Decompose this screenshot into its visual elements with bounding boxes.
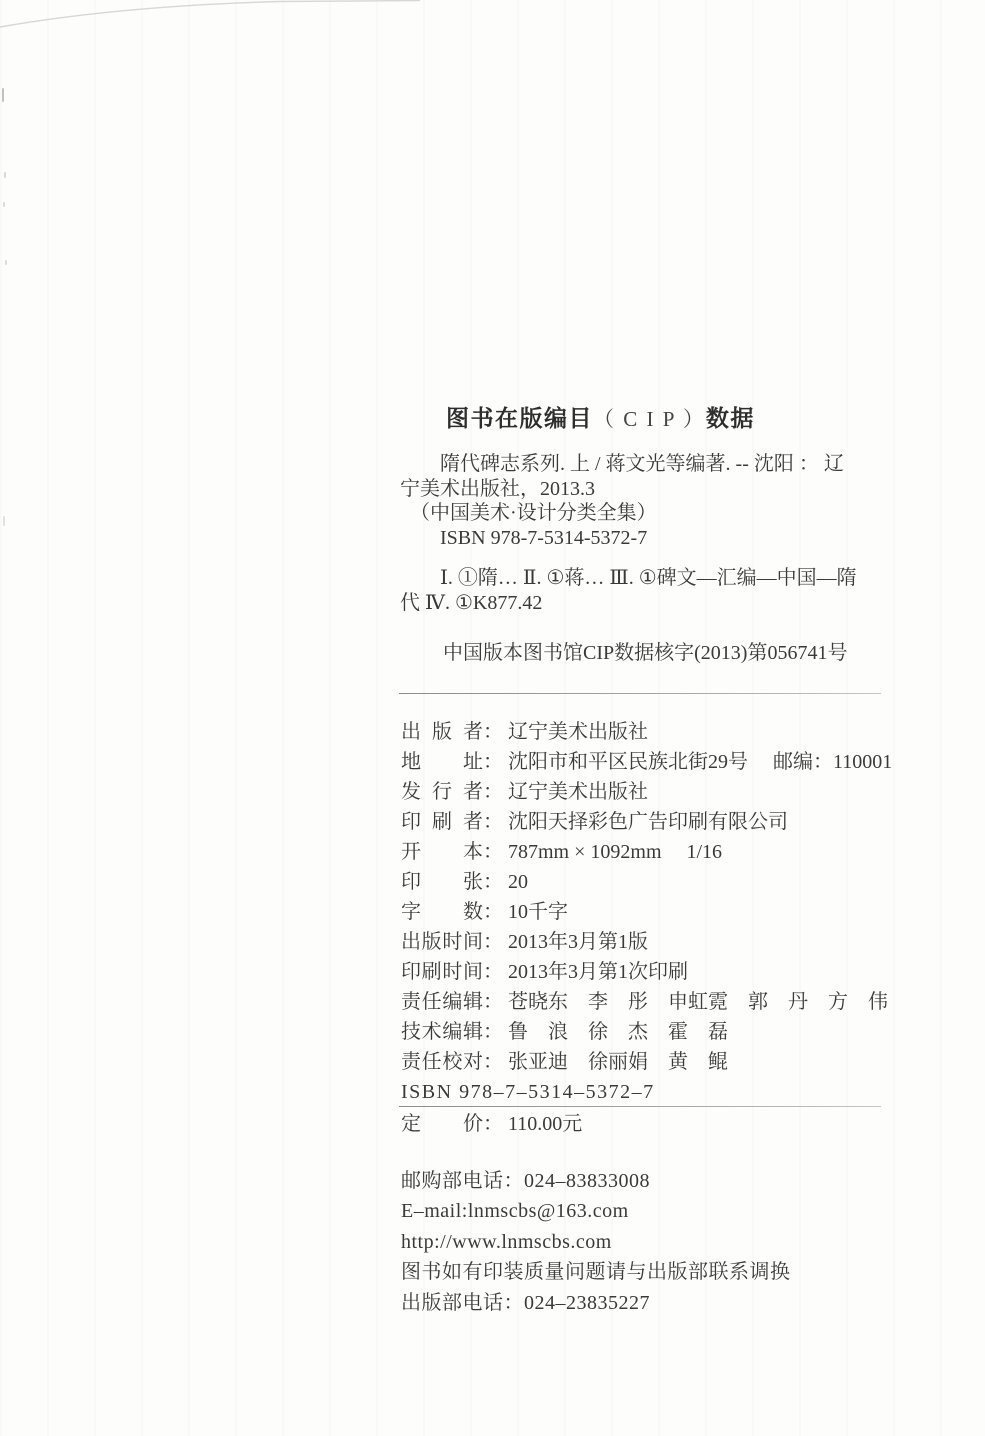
contact-line: http://www.lnmscbs.com (401, 1227, 791, 1257)
colophon-row: 印刷者：沈阳天择彩色广告印刷有限公司 (401, 807, 892, 837)
colophon-row: 发行者：辽宁美术出版社 (401, 777, 892, 807)
colophon-row: 印刷时间：2013年3月第1次印刷 (401, 957, 892, 987)
colophon-value: 2013年3月第1版 (508, 931, 648, 953)
contact-line: 图书如有印装质量问题请与出版部联系调换 (401, 1257, 791, 1287)
cip-record-line: ISBN 978-7-5314-5372-7 (400, 526, 844, 551)
cip-title-part1: 图书在版编目 (446, 405, 593, 431)
colophon-colon: ： (483, 777, 503, 807)
cip-record-line: （中国美术·设计分类全集） (400, 501, 844, 526)
cip-registration-number: 中国版本图书馆CIP数据核字(2013)第056741号 (443, 636, 847, 665)
colophon-row: 地址：沈阳市和平区民族北街29号 邮编：110001 (401, 747, 892, 777)
colophon-row: 印张：20 (401, 867, 892, 897)
divider-price (399, 1106, 881, 1107)
colophon-colon: ： (483, 1047, 503, 1077)
colophon-value: 张亚迪 徐丽娟 黄 鲲 (508, 1051, 728, 1073)
colophon-label: 出版者 (401, 717, 483, 747)
cip-title-part2: 数据 (706, 405, 755, 431)
colophon-row: 责任编辑：苍晓东 李 彤 申虹霓 郭 丹 方 伟 (401, 987, 892, 1017)
colophon-row: 出版者：辽宁美术出版社 (401, 717, 892, 747)
colophon-label: 技术编辑 (401, 1017, 483, 1047)
contact-block: 邮购部电话：024–83833008 E–mail:lnmscbs@163.co… (401, 1166, 791, 1318)
colophon-colon: ： (483, 867, 503, 897)
cip-classification-line: 代 Ⅳ. ①K877.42 (400, 591, 857, 616)
cip-title: 图书在版编目（ C I P ）数据 (446, 400, 755, 433)
page-edge-curve (0, 0, 420, 40)
colophon-label: 发行者 (401, 777, 483, 807)
colophon-value: 787mm × 1092mm 1/16 (508, 841, 722, 863)
colophon-row: 开本：787mm × 1092mm 1/16 (401, 837, 892, 867)
contact-line: 出版部电话：024–23835227 (401, 1288, 791, 1318)
colophon-row: 出版时间：2013年3月第1版 (401, 927, 892, 957)
cip-classification-block: Ⅰ. ①隋… Ⅱ. ①蒋… Ⅲ. ①碑文—汇编—中国—隋 代 Ⅳ. ①K877.… (400, 566, 857, 615)
price-label: 定价 (401, 1109, 483, 1139)
colophon-colon: ： (483, 837, 503, 867)
colophon-value: 沈阳天择彩色广告印刷有限公司 (508, 811, 788, 833)
colophon-colon: ： (483, 927, 503, 957)
colophon-value: 辽宁美术出版社 (508, 721, 648, 743)
scan-speck (3, 516, 5, 526)
colophon-label: 开本 (401, 837, 483, 867)
scan-speck (2, 88, 4, 102)
cip-classification-line: Ⅰ. ①隋… Ⅱ. ①蒋… Ⅲ. ①碑文—汇编—中国—隋 (400, 566, 857, 591)
cip-record-line: 宁美术出版社，2013.3 (400, 477, 844, 502)
scan-speck (5, 260, 7, 265)
isbn-line: ISBN 978–7–5314–5372–7 (401, 1077, 655, 1107)
price-value: 110.00元 (508, 1113, 582, 1135)
colophon-colon: ： (483, 897, 503, 927)
colophon-colon: ： (483, 1017, 503, 1047)
colophon-value: 沈阳市和平区民族北街29号 邮编：110001 (508, 751, 892, 773)
colophon-row: 技术编辑：鲁 浪 徐 杰 霍 磊 (401, 1017, 892, 1047)
colophon-label: 字数 (401, 897, 483, 927)
contact-line: 邮购部电话：024–83833008 (401, 1166, 791, 1196)
cip-title-acronym: （ C I P ） (593, 407, 706, 431)
book-copyright-page: 图书在版编目（ C I P ）数据 隋代碑志系列. 上 / 蒋文光等编著. --… (0, 0, 985, 1436)
colophon-label: 地址 (401, 747, 483, 777)
colophon-label: 责任校对 (401, 1047, 483, 1077)
colophon-value: 20 (508, 871, 528, 893)
colophon-value: 鲁 浪 徐 杰 霍 磊 (508, 1021, 728, 1043)
cip-record-block: 隋代碑志系列. 上 / 蒋文光等编著. -- 沈阳 ： 辽 宁美术出版社，201… (400, 452, 844, 550)
colophon-label: 印刷者 (401, 807, 483, 837)
colophon-colon: ： (483, 957, 503, 987)
colophon-list: 出版者：辽宁美术出版社 地址：沈阳市和平区民族北街29号 邮编：110001 发… (401, 717, 892, 1077)
colophon-label: 出版时间 (401, 927, 483, 957)
colophon-value: 辽宁美术出版社 (508, 781, 648, 803)
colophon-label: 责任编辑 (401, 987, 483, 1017)
price-colon: ： (483, 1109, 503, 1139)
price-row: 定价：110.00元 (401, 1109, 582, 1139)
colophon-row: 字数：10千字 (401, 897, 892, 927)
colophon-value: 苍晓东 李 彤 申虹霓 郭 丹 方 伟 (508, 991, 888, 1013)
colophon-label: 印张 (401, 867, 483, 897)
colophon-label: 印刷时间 (401, 957, 483, 987)
divider-top (399, 693, 881, 694)
colophon-colon: ： (483, 717, 503, 747)
colophon-value: 2013年3月第1次印刷 (508, 961, 688, 983)
scan-speck (4, 172, 6, 178)
cip-record-line: 隋代碑志系列. 上 / 蒋文光等编著. -- 沈阳 ： 辽 (400, 452, 844, 477)
colophon-colon: ： (483, 987, 503, 1017)
colophon-colon: ： (483, 807, 503, 837)
colophon-row: 责任校对：张亚迪 徐丽娟 黄 鲲 (401, 1047, 892, 1077)
colophon-colon: ： (483, 747, 503, 777)
contact-line: E–mail:lnmscbs@163.com (401, 1196, 791, 1226)
colophon-value: 10千字 (508, 901, 568, 923)
scan-speck (3, 202, 5, 207)
